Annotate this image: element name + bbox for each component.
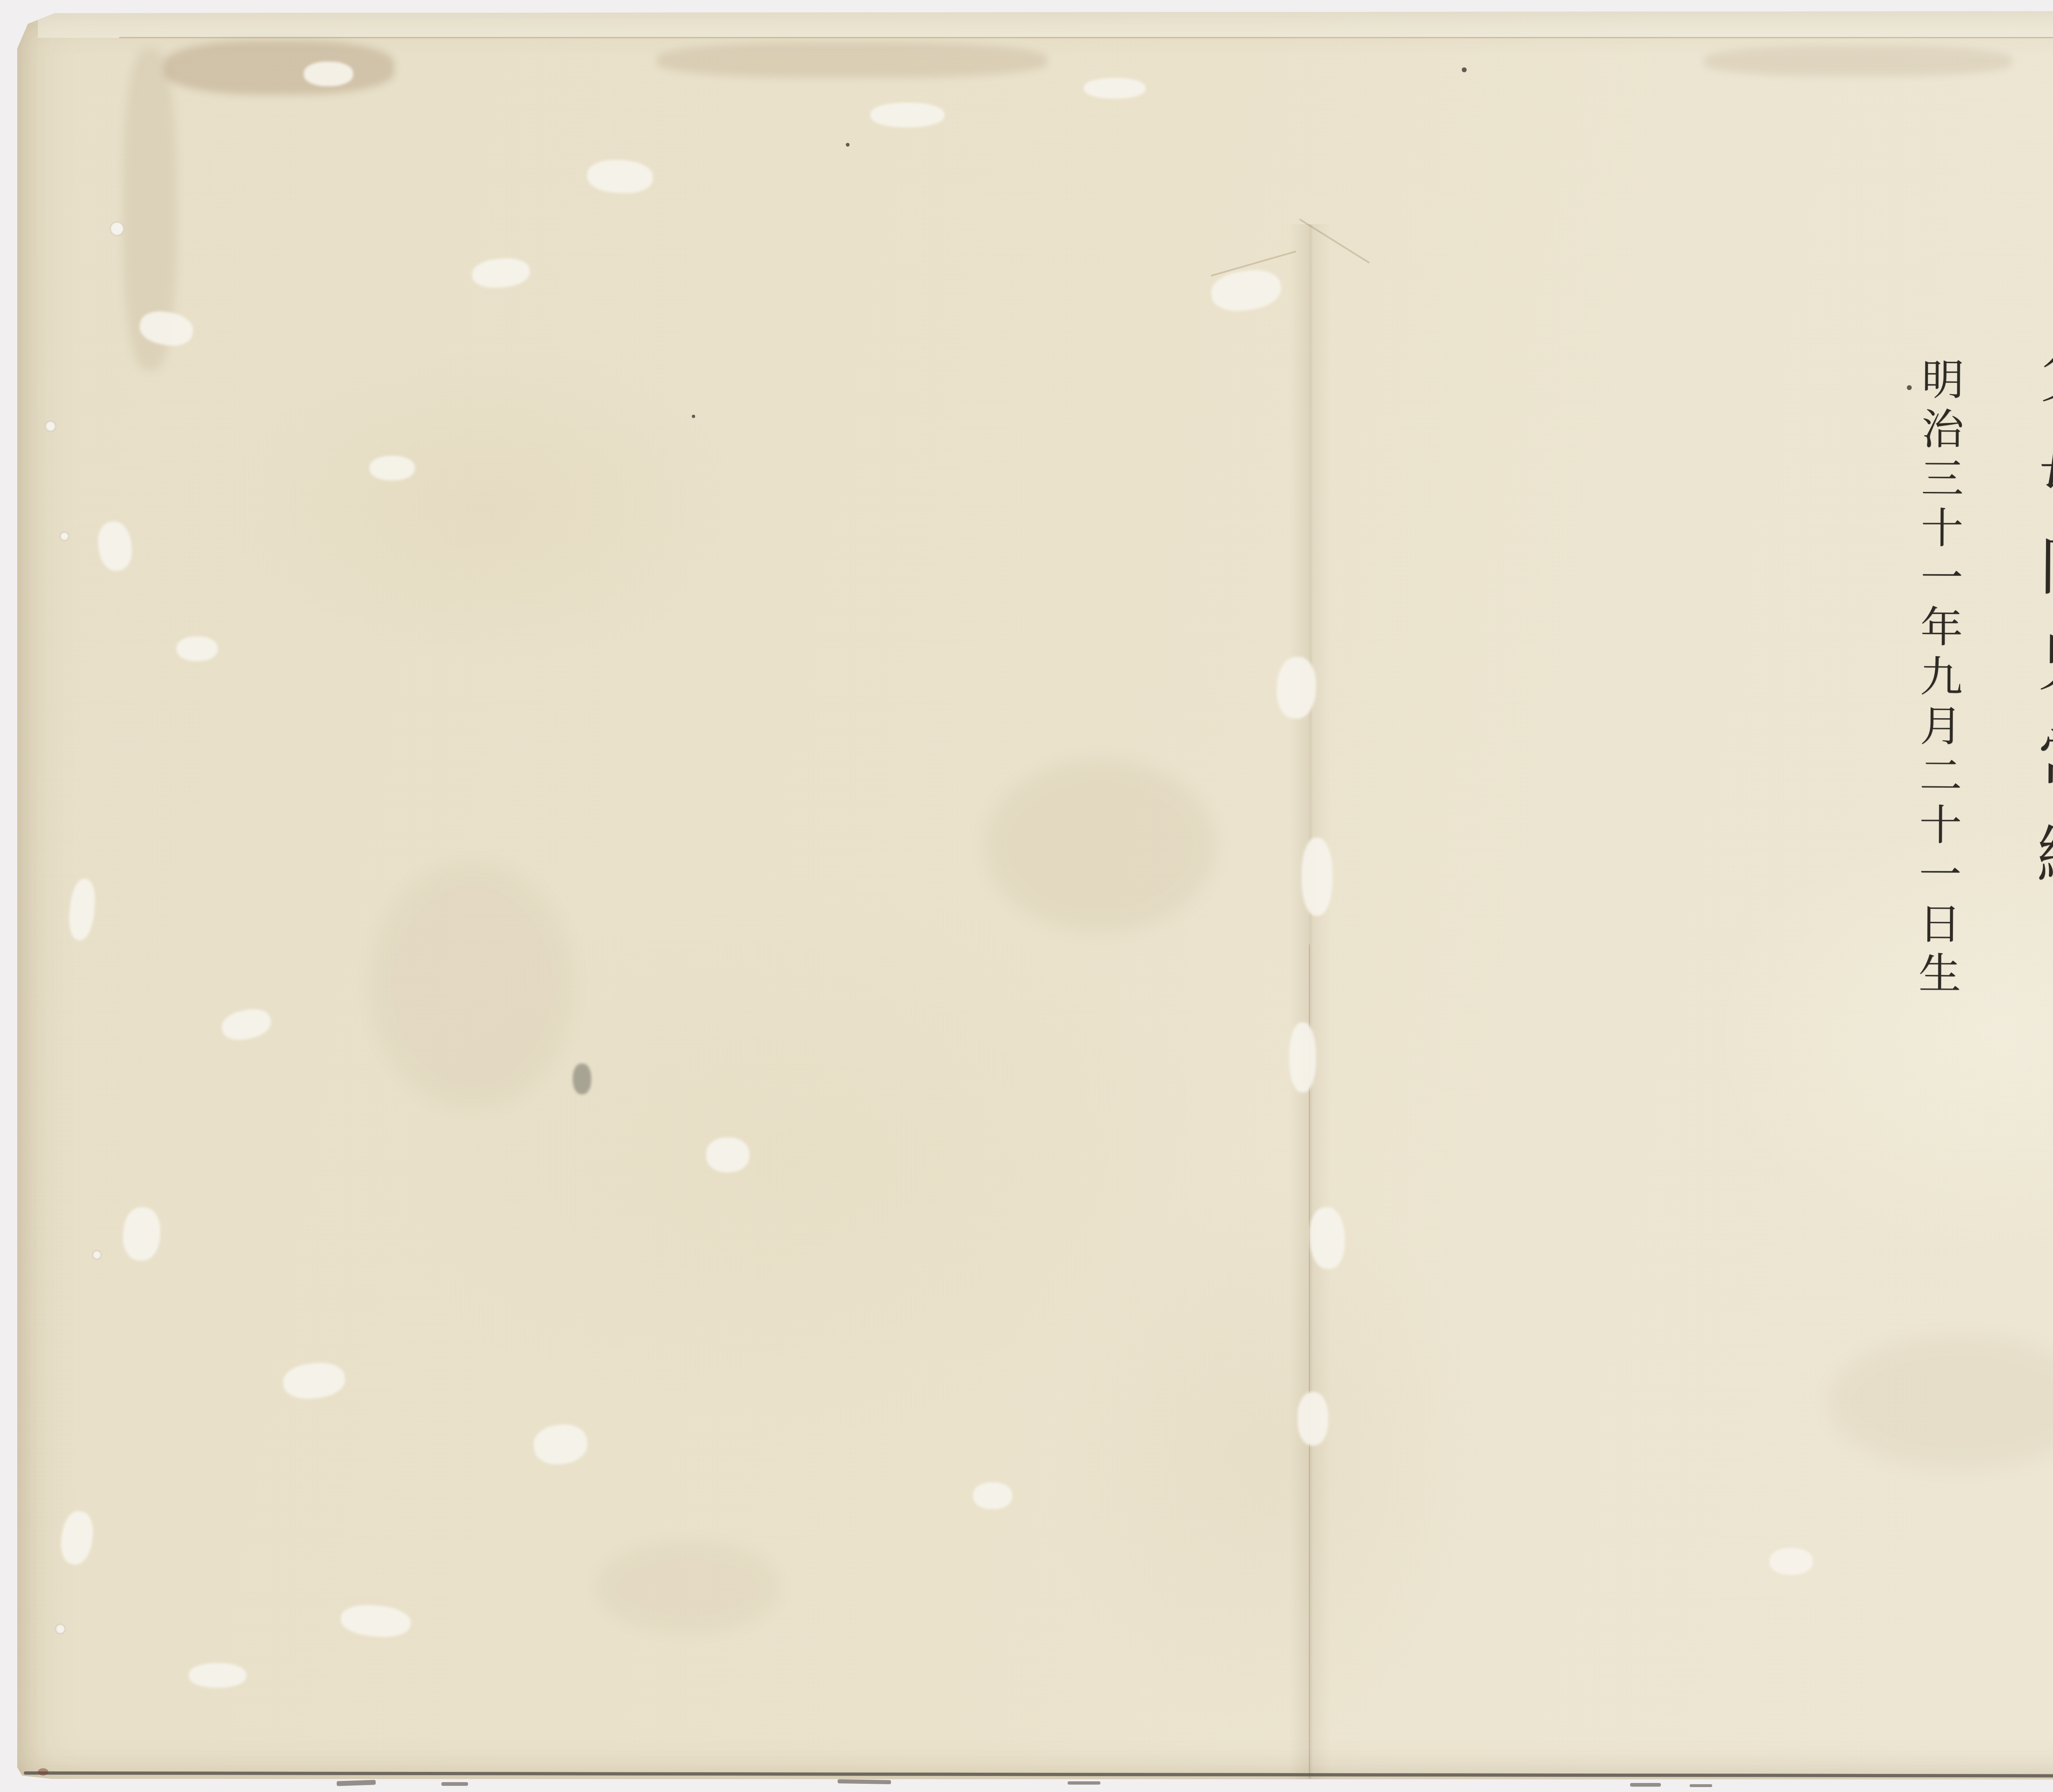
- damage-patch: [706, 1137, 749, 1172]
- damage-patch: [282, 1360, 347, 1401]
- worm-hole: [92, 1250, 101, 1259]
- center-fold-band: [1289, 224, 1330, 1780]
- edge-smudge: [1690, 1784, 1712, 1787]
- edge-smudge: [1068, 1781, 1100, 1785]
- worm-hole: [60, 532, 69, 541]
- damage-patch: [304, 62, 353, 86]
- edge-smudge: [838, 1779, 891, 1784]
- top-stain: [164, 41, 394, 94]
- worm-hole: [45, 421, 56, 432]
- aging-blob: [370, 862, 575, 1109]
- damage-patch: [1302, 838, 1332, 916]
- damage-patch: [1297, 1392, 1328, 1445]
- edge-smudge: [1630, 1783, 1661, 1787]
- aging-blob: [1827, 1335, 2053, 1470]
- damage-patch: [58, 1509, 96, 1566]
- damage-patch: [219, 1005, 273, 1043]
- damage-patch: [870, 103, 944, 127]
- top-fold-crease-line: [119, 37, 2053, 38]
- top-edge-strip: [38, 11, 2053, 38]
- damage-patch: [973, 1482, 1012, 1509]
- ink-speck: [692, 415, 695, 418]
- gray-smudge: [573, 1064, 591, 1094]
- damage-patch: [1289, 1022, 1316, 1092]
- red-speck: [38, 1768, 48, 1776]
- damage-patch: [471, 256, 531, 290]
- damage-patch: [95, 519, 135, 573]
- damage-patch: [586, 159, 654, 195]
- worm-hole: [110, 222, 124, 236]
- scan-background: 丶 常信大城 童名石眞 父母同兄常綱 明治三十一年九月二十一日生 105: [0, 0, 2053, 1792]
- damage-patch: [67, 878, 97, 941]
- top-stain: [1704, 46, 2012, 76]
- aging-blob: [985, 760, 1215, 932]
- ink-speck: [1462, 67, 1467, 72]
- damage-patch: [532, 1422, 590, 1467]
- paper-sheet: 丶 常信大城 童名石眞 父母同兄常綱 明治三十一年九月二十一日生 105: [17, 11, 2053, 1780]
- damage-patch: [122, 1206, 162, 1262]
- text-column-birthdate: 明治三十一年九月二十一日生: [1906, 357, 1970, 1001]
- text-column-parents: 父母同兄常綱: [2017, 340, 2053, 918]
- ink-speck: [846, 143, 850, 147]
- worm-hole: [55, 1624, 65, 1634]
- top-stain: [657, 43, 1047, 78]
- edge-smudge: [441, 1782, 468, 1786]
- damage-patch: [177, 636, 218, 661]
- damage-patch: [189, 1663, 246, 1688]
- aging-blob: [595, 1540, 780, 1634]
- damage-patch: [1084, 78, 1146, 99]
- damage-patch: [1770, 1548, 1813, 1575]
- damage-patch: [370, 456, 415, 480]
- edge-smudge: [337, 1780, 376, 1786]
- damage-patch: [340, 1603, 412, 1640]
